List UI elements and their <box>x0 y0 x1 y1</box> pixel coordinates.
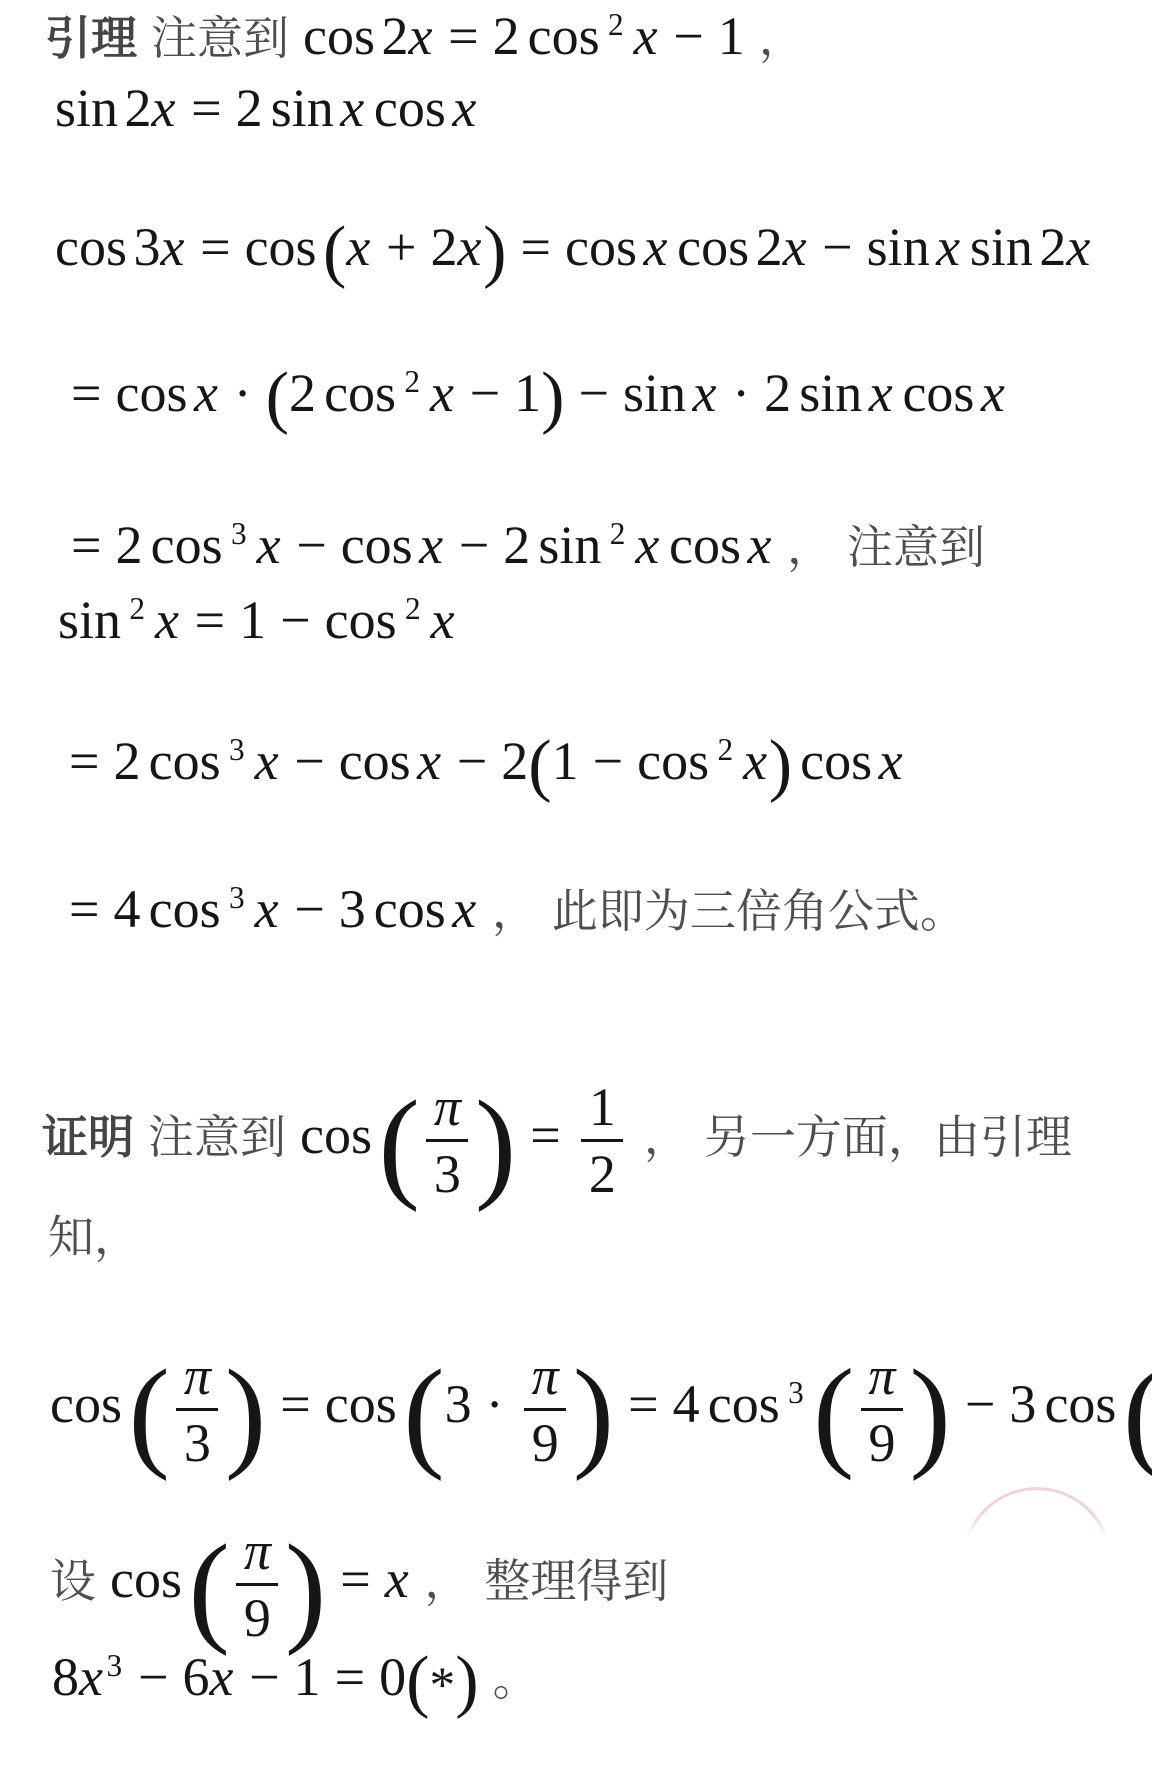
function-name: cos <box>300 1105 372 1165</box>
cjk-text: 知， <box>48 1211 140 1263</box>
function-name: cos <box>50 1374 122 1434</box>
function-name: sin <box>799 363 862 423</box>
operator: − <box>470 363 500 423</box>
big-paren: ( <box>188 1518 229 1656</box>
number: 4 <box>114 879 141 939</box>
proof-heading-line: 证明注意到cos(π3)=12，另一方面，由引理 <box>42 1081 1072 1201</box>
operator: = <box>200 217 230 277</box>
variable: x <box>194 363 220 423</box>
fraction-denominator: 9 <box>861 1408 903 1469</box>
operator: − <box>280 590 310 650</box>
superscript: 2 <box>404 364 420 399</box>
function-name: cos <box>149 879 221 939</box>
number: 1 <box>552 731 579 791</box>
paren: ) <box>455 1642 478 1720</box>
math-expression: 8x3−6x−1=0(*) <box>52 1647 479 1707</box>
variable: x <box>417 731 443 791</box>
math-expression: sin2x=2sinxcosx <box>55 78 478 138</box>
operator: = <box>69 731 99 791</box>
function-name: cos <box>339 731 411 791</box>
number: 8 <box>52 1647 79 1707</box>
fraction-denominator: 9 <box>236 1583 278 1644</box>
cjk-punctuation: ， <box>644 1111 690 1163</box>
cjk-text: 注意到 <box>148 1111 286 1163</box>
number: 2 <box>236 78 263 138</box>
function-name: cos <box>151 515 223 575</box>
cjk-punctuation: ， <box>787 521 833 573</box>
function-name: cos <box>245 217 317 277</box>
paren: ( <box>323 212 346 290</box>
variable: x <box>743 731 769 791</box>
operator: = <box>69 879 99 939</box>
math-expression: sin2x=1−cos2x <box>58 590 456 650</box>
operator: = <box>71 515 101 575</box>
number: 2 <box>501 731 528 791</box>
number: 4 <box>673 1374 700 1434</box>
number: 3 <box>1009 1374 1036 1434</box>
superscript: 3 <box>229 732 245 767</box>
math-expression: cos3x=cos(x+2x)=cosxcos2x−sinxsin2x <box>55 217 1092 277</box>
fraction-denominator: 9 <box>524 1408 566 1469</box>
operator: − <box>459 515 489 575</box>
superscript: 2 <box>610 516 626 551</box>
asterisk: * <box>430 1657 456 1714</box>
big-paren: ) <box>225 1343 266 1481</box>
variable: x <box>693 363 719 423</box>
variable: x <box>257 515 283 575</box>
eq-cos3x-expand: cos3x=cos(x+2x)=cosxcos2x−sinxsin2x <box>55 212 1092 283</box>
fraction-numerator: 1 <box>581 1081 623 1139</box>
cjk-punctuation: 。 <box>493 1653 539 1705</box>
cjk-punctuation: ， <box>759 12 805 64</box>
function-name: cos <box>637 731 709 791</box>
superscript: 2 <box>608 7 624 42</box>
paren: ) <box>769 726 792 804</box>
superscript: 2 <box>129 591 145 626</box>
eq-step-2cos3: =2cos3x−cosx−2sin2xcosx，注意到 <box>57 510 985 581</box>
variable: x <box>340 78 366 138</box>
variable: x <box>869 363 895 423</box>
fraction-numerator: π <box>176 1350 218 1408</box>
number: 1 <box>718 6 745 66</box>
number: 2 <box>764 363 791 423</box>
lemma-eq-sin2x: sin2x=2sinxcosx <box>55 73 478 144</box>
operator: = <box>195 590 225 650</box>
operator: − <box>249 1647 279 1707</box>
variable: x <box>936 217 962 277</box>
operator: = <box>628 1374 658 1434</box>
superscript: 3 <box>106 1648 122 1683</box>
variable: x <box>430 363 456 423</box>
superscript: 3 <box>788 1375 804 1410</box>
operator: = <box>335 1647 365 1707</box>
big-paren: ( <box>813 1343 854 1481</box>
function-name: cos <box>341 515 413 575</box>
paren: ) <box>541 358 564 436</box>
function-name: sin <box>55 78 118 138</box>
operator: − <box>822 217 852 277</box>
variable: x <box>458 217 484 277</box>
function-name: cos <box>303 6 375 66</box>
operator: = <box>530 1105 560 1165</box>
big-paren: ( <box>1123 1343 1152 1481</box>
variable: x <box>635 515 661 575</box>
number: 2 <box>1039 217 1066 277</box>
function-name: cos <box>565 217 637 277</box>
fraction-denominator: 3 <box>176 1408 218 1469</box>
variable: x <box>419 515 445 575</box>
operator: · <box>234 363 252 423</box>
number: 2 <box>756 217 783 277</box>
eq-triple-angle-result: =4cos3x−3cosx，此即为三倍角公式。 <box>55 874 966 945</box>
fraction-numerator: π <box>524 1350 566 1408</box>
number: 3 <box>339 879 366 939</box>
variable: x <box>152 78 178 138</box>
proof-cubic-equation: 8x3−6x−1=0(*)。 <box>52 1642 539 1713</box>
math-expression: =cosx·(2cos2x−1)−sinx·2sinxcosx <box>57 363 1006 423</box>
cjk-punctuation: ， <box>424 1555 470 1607</box>
function-name: cos <box>325 590 397 650</box>
operator: = <box>71 363 101 423</box>
section-label: 证明 <box>42 1111 134 1163</box>
identity-sin2: sin2x=1−cos2x <box>58 585 456 656</box>
superscript: 2 <box>405 591 421 626</box>
function-name: cos <box>708 1374 780 1434</box>
fraction-numerator: π <box>236 1525 278 1583</box>
math-expression: cos(π3)=12 <box>300 1105 630 1165</box>
paren: ( <box>406 1642 429 1720</box>
big-paren: ( <box>403 1343 444 1481</box>
big-paren: ) <box>909 1343 950 1481</box>
operator: − <box>138 1647 168 1707</box>
variable: x <box>160 217 186 277</box>
superscript: 2 <box>717 732 733 767</box>
operator: = <box>191 78 221 138</box>
operator: − <box>296 515 326 575</box>
function-name: cos <box>374 78 446 138</box>
fraction-numerator: π <box>861 1350 903 1408</box>
superscript: 3 <box>229 880 245 915</box>
proof-main-equation: cos(π3)=cos(3·π9)=4cos3(π9)−3cos(π9) <box>50 1350 1152 1470</box>
function-name: cos <box>902 363 974 423</box>
function-name: sin <box>271 78 334 138</box>
variable: x <box>346 217 372 277</box>
paren: ) <box>483 212 506 290</box>
number: 1 <box>294 1647 321 1707</box>
function-name: cos <box>669 515 741 575</box>
fraction-denominator: 3 <box>426 1139 468 1200</box>
variable: x <box>452 879 478 939</box>
operator: − <box>294 879 324 939</box>
function-name: cos <box>116 363 188 423</box>
function-name: cos <box>149 731 221 791</box>
variable: x <box>452 78 478 138</box>
number: 2 <box>125 78 152 138</box>
variable: x <box>408 6 434 66</box>
cjk-text: 设 <box>50 1555 96 1607</box>
fraction: 12 <box>581 1081 623 1201</box>
number: 1 <box>514 363 541 423</box>
variable: x <box>210 1647 236 1707</box>
cjk-text: 注意到 <box>847 521 985 573</box>
number: 2 <box>381 6 408 66</box>
variable: x <box>634 6 660 66</box>
number: 2 <box>503 515 530 575</box>
function-name: sin <box>867 217 930 277</box>
function-name: cos <box>325 1374 397 1434</box>
math-expression: cos(π9)=x <box>110 1549 410 1609</box>
number: 2 <box>116 515 143 575</box>
variable: x <box>747 515 773 575</box>
proof-zhi-line: 知， <box>48 1207 140 1268</box>
operator: = <box>340 1549 370 1609</box>
fraction-numerator: π <box>426 1081 468 1139</box>
operator: = <box>520 217 550 277</box>
function-name: cos <box>1044 1374 1116 1434</box>
big-paren: ( <box>378 1074 419 1212</box>
proof-substitution-line: 设cos(π9)=x，整理得到 <box>50 1525 668 1645</box>
operator: − <box>457 731 487 791</box>
function-name: cos <box>528 6 600 66</box>
paren: ( <box>528 726 551 804</box>
variable: x <box>783 217 809 277</box>
number: 1 <box>239 590 266 650</box>
cjk-punctuation: ， <box>492 885 538 937</box>
watermark-arc <box>962 1487 1112 1637</box>
variable: x <box>981 363 1007 423</box>
variable: x <box>255 879 281 939</box>
big-paren: ( <box>128 1343 169 1481</box>
paren: ( <box>266 358 289 436</box>
function-name: sin <box>538 515 601 575</box>
operator: · <box>732 363 750 423</box>
big-paren: ) <box>475 1074 516 1212</box>
number: 2 <box>493 6 520 66</box>
section-label: 引理 <box>45 12 137 64</box>
fraction: π9 <box>524 1350 566 1470</box>
variable: x <box>879 731 905 791</box>
function-name: cos <box>55 217 127 277</box>
operator: = <box>448 6 478 66</box>
lemma-heading-line: 引理注意到cos2x=2cos2x−1， <box>45 1 805 72</box>
function-name: cos <box>110 1549 182 1609</box>
superscript: 3 <box>231 516 247 551</box>
number: 0 <box>379 1647 406 1707</box>
operator: = <box>280 1374 310 1434</box>
fraction: π9 <box>236 1525 278 1645</box>
variable: x <box>643 217 669 277</box>
variable: x <box>155 590 181 650</box>
fraction: π3 <box>426 1081 468 1201</box>
math-proof-document: 引理注意到cos2x=2cos2x−1，sin2x=2sinxcosxcos3x… <box>0 0 1152 1767</box>
cjk-text: 此即为三倍角公式。 <box>552 885 966 937</box>
operator: + <box>386 217 416 277</box>
operator: − <box>579 363 609 423</box>
math-expression: cos(π3)=cos(3·π9)=4cos3(π9)−3cos(π9) <box>50 1374 1152 1434</box>
variable: x <box>431 590 457 650</box>
math-expression: =4cos3x−3cosx <box>55 879 478 939</box>
math-expression: =2cos3x−cosx−2sin2xcosx <box>57 515 773 575</box>
math-expression: =2cos3x−cosx−2(1−cos2x)cosx <box>55 731 904 791</box>
function-name: cos <box>677 217 749 277</box>
big-paren: ) <box>285 1518 326 1656</box>
variable: x <box>1066 217 1092 277</box>
operator: · <box>486 1374 504 1434</box>
eq-step-distribute: =cosx·(2cos2x−1)−sinx·2sinxcosx <box>57 358 1006 429</box>
cjk-text: 另一方面，由引理 <box>704 1111 1072 1163</box>
function-name: cos <box>800 731 872 791</box>
fraction-denominator: 2 <box>581 1139 623 1200</box>
function-name: cos <box>324 363 396 423</box>
function-name: sin <box>970 217 1033 277</box>
variable: x <box>255 731 281 791</box>
cjk-text: 注意到 <box>151 12 289 64</box>
fraction: π9 <box>861 1350 903 1470</box>
eq-step-substitute: =2cos3x−cosx−2(1−cos2x)cosx <box>55 726 904 797</box>
math-expression: cos2x=2cos2x−1 <box>303 6 745 66</box>
number: 3 <box>445 1374 472 1434</box>
cjk-text: 整理得到 <box>484 1555 668 1607</box>
function-name: sin <box>58 590 121 650</box>
variable: x <box>385 1549 411 1609</box>
operator: − <box>965 1374 995 1434</box>
number: 3 <box>133 217 160 277</box>
number: 6 <box>183 1647 210 1707</box>
function-name: sin <box>623 363 686 423</box>
number: 2 <box>114 731 141 791</box>
number: 2 <box>431 217 458 277</box>
fraction: π3 <box>176 1350 218 1470</box>
operator: − <box>673 6 703 66</box>
variable: x <box>79 1647 105 1707</box>
operator: − <box>294 731 324 791</box>
operator: − <box>593 731 623 791</box>
function-name: cos <box>374 879 446 939</box>
number: 2 <box>289 363 316 423</box>
big-paren: ) <box>573 1343 614 1481</box>
